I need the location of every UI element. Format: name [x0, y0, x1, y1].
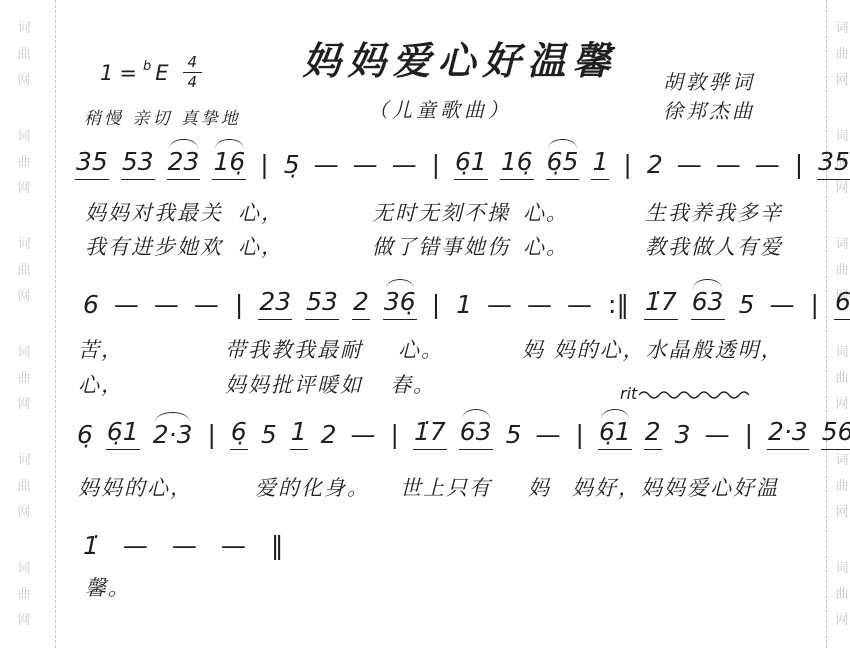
- lyric-segment: 心。: [523, 231, 569, 261]
- note-group: 5: [738, 291, 756, 320]
- barline: |: [430, 291, 442, 320]
- lyric-segment: 生我养我多辛: [645, 197, 783, 227]
- song-subtitle: （儿童歌曲）: [368, 94, 512, 123]
- note-group: 16̣: [500, 148, 534, 180]
- barline: |: [233, 291, 245, 320]
- music-line: 6̣6̣12·3|6̣512—|1̇7635—|6̣123—|2·356765|: [76, 418, 850, 450]
- note-group: 3: [674, 421, 692, 450]
- music-line: 35532316̣|5̣———|6̣116̣6̣51|2———|35561̇76…: [75, 148, 850, 180]
- watermark-char: 网: [17, 398, 30, 411]
- lyric-segment: 世上只有: [400, 472, 492, 502]
- note-group: 5: [505, 421, 523, 450]
- key-tonic: 1: [100, 61, 113, 85]
- note-group: 2: [646, 151, 664, 180]
- watermark-char: 曲: [17, 156, 30, 169]
- note-group: 1̇: [82, 532, 100, 561]
- dash-note: —: [153, 291, 180, 320]
- dash-note: —: [193, 291, 220, 320]
- note-group: 6̣5: [546, 148, 580, 180]
- note-group: 6̣1: [106, 418, 140, 450]
- barline: ‖: [269, 532, 286, 561]
- note-group: 53: [305, 288, 339, 320]
- dash-note: —: [313, 151, 340, 180]
- note-group: 6: [82, 291, 100, 320]
- key-note: E: [155, 61, 168, 85]
- note-group: 6̣1: [598, 418, 632, 450]
- dash-note: —: [113, 291, 140, 320]
- lyric-row: 我有进步她欢心，做了错事她伤心。教我做人有爱: [0, 231, 850, 261]
- note-group: 5: [260, 421, 278, 450]
- lyric-segment: 心，: [238, 231, 284, 261]
- rit-label: rit: [620, 384, 637, 403]
- note-group: 6̣: [76, 421, 94, 450]
- key-signature: 1=bE 4 4: [100, 55, 202, 90]
- note-group: 1̇7: [644, 288, 678, 320]
- note-group: 1: [290, 418, 308, 450]
- note-group: 35: [817, 148, 850, 180]
- dash-note: —: [352, 151, 379, 180]
- watermark-group: 词曲网: [17, 22, 30, 87]
- note-group: 2: [644, 418, 662, 450]
- lyric-segment: 我有进步她欢: [85, 231, 223, 261]
- barline: |: [621, 151, 633, 180]
- watermark-char: 词: [835, 22, 848, 35]
- watermark-char: 曲: [17, 264, 30, 277]
- credits-block: 胡敦骅词 徐邦杰曲: [663, 68, 755, 126]
- note-group: 5̣: [283, 151, 301, 180]
- watermark-char: 网: [835, 614, 848, 627]
- watermark-char: 网: [835, 182, 848, 195]
- note-group: 63: [459, 418, 493, 450]
- watermark-char: 网: [835, 506, 848, 519]
- watermark-char: 网: [17, 290, 30, 303]
- watermark-char: 词: [835, 454, 848, 467]
- lyric-segment: 心。: [523, 197, 569, 227]
- barline: :‖: [606, 291, 631, 320]
- lyric-segment: 心。: [398, 334, 444, 364]
- sheet-music-page: 词曲网词曲网词曲网词曲网词曲网词曲网 词曲网词曲网词曲网词曲网词曲网词曲网 1=…: [0, 0, 850, 648]
- dash-note: —: [486, 291, 513, 320]
- note-group: 2·3: [152, 421, 194, 450]
- page-title: 妈妈爱心好温馨: [290, 30, 630, 85]
- lyric-row: 馨。: [0, 572, 850, 602]
- lyric-segment: 春。: [390, 369, 436, 399]
- note-group: 23: [167, 148, 201, 180]
- note-group: 1: [455, 291, 473, 320]
- dash-note: —: [704, 421, 731, 450]
- rit-marking: rit: [620, 384, 749, 403]
- watermark-char: 网: [17, 614, 30, 627]
- note-group: 56: [821, 418, 850, 450]
- note-group: 65: [834, 288, 850, 320]
- note-group: 1: [591, 148, 609, 180]
- watermark-char: 词: [17, 22, 30, 35]
- credit-composer: 徐邦杰曲: [663, 97, 755, 126]
- watermark-group: 词曲网: [17, 130, 30, 195]
- barline: |: [389, 421, 401, 450]
- note-group: 23: [258, 288, 292, 320]
- watermark-char: 词: [17, 454, 30, 467]
- rit-wavy-line: [639, 389, 749, 399]
- lyric-segment: 苦，: [78, 334, 124, 364]
- left-dashed-rule: [55, 0, 56, 648]
- tempo-marking: 稍慢 亲切 真挚地: [84, 104, 241, 129]
- dash-note: —: [715, 151, 742, 180]
- watermark-char: 网: [835, 398, 848, 411]
- dash-note: —: [526, 291, 553, 320]
- lyric-segment: 馨。: [85, 572, 131, 602]
- watermark-column-left: 词曲网词曲网词曲网词曲网词曲网词曲网: [14, 0, 34, 648]
- watermark-column-right: 词曲网词曲网词曲网词曲网词曲网词曲网: [832, 0, 850, 648]
- note-group: 2·3: [767, 418, 809, 450]
- watermark-char: 曲: [835, 48, 848, 61]
- music-line: 6———|2353236̣|1———:‖1̇7635—|65123—|: [82, 288, 850, 320]
- note-group: 1̇7: [413, 418, 447, 450]
- dash-note: —: [122, 532, 149, 561]
- key-equals: =: [119, 61, 137, 85]
- barline: |: [793, 151, 805, 180]
- lyric-row: 妈妈的心，爱的化身。世上只有妈妈好，妈妈爱心好温: [0, 472, 850, 502]
- barline: |: [574, 421, 586, 450]
- lyric-row: 苦，带我教我最耐心。妈 妈的心，水晶般透明，: [0, 334, 850, 364]
- note-group: 63: [691, 288, 725, 320]
- meter-denominator: 4: [183, 72, 203, 90]
- dash-note: —: [754, 151, 781, 180]
- dash-note: —: [535, 421, 562, 450]
- dash-note: —: [220, 532, 247, 561]
- note-group: 35: [75, 148, 109, 180]
- lyric-segment: 爱的化身。: [255, 472, 370, 502]
- dash-note: —: [171, 532, 198, 561]
- barline: |: [743, 421, 755, 450]
- watermark-char: 网: [17, 182, 30, 195]
- dash-note: —: [566, 291, 593, 320]
- note-group: 2: [320, 421, 338, 450]
- flat-sign: b: [143, 59, 151, 74]
- watermark-char: 词: [835, 130, 848, 143]
- note-group: 36̣: [383, 288, 417, 320]
- note-group: 2: [352, 288, 370, 320]
- lyric-segment: 心，: [238, 197, 284, 227]
- watermark-char: 网: [17, 74, 30, 87]
- lyric-segment: 妈妈批评暖如: [225, 369, 363, 399]
- barline: |: [809, 291, 821, 320]
- right-dashed-rule: [826, 0, 827, 648]
- lyric-segment: 妈妈对我最关: [85, 197, 223, 227]
- note-group: 16̣: [212, 148, 246, 180]
- dash-note: —: [350, 421, 377, 450]
- watermark-char: 曲: [17, 48, 30, 61]
- lyric-row: 妈妈对我最关心，无时无刻不操心。生我养我多辛: [0, 197, 850, 227]
- watermark-char: 曲: [835, 264, 848, 277]
- barline: |: [258, 151, 270, 180]
- lyric-segment: 妈妈的心，: [78, 472, 193, 502]
- barline: |: [430, 151, 442, 180]
- lyric-segment: 妈好，妈妈爱心好温: [572, 472, 779, 502]
- music-line: 1̇———‖: [82, 532, 285, 561]
- barline: |: [205, 421, 217, 450]
- watermark-group: 词曲网: [835, 22, 848, 87]
- credit-lyricist: 胡敦骅词: [663, 68, 755, 97]
- note-group: 53: [121, 148, 155, 180]
- lyric-segment: 带我教我最耐: [225, 334, 363, 364]
- dash-note: —: [676, 151, 703, 180]
- note-group: 6̣: [230, 418, 248, 450]
- lyric-segment: 妈: [528, 472, 551, 502]
- meter-numerator: 4: [183, 55, 203, 72]
- lyric-segment: 无时无刻不操: [372, 197, 510, 227]
- lyric-segment: 心，: [78, 369, 124, 399]
- note-group: 6̣1: [454, 148, 488, 180]
- lyric-segment: 教我做人有爱: [645, 231, 783, 261]
- lyric-segment: 妈 妈的心，水晶般透明，: [522, 334, 784, 364]
- watermark-char: 网: [835, 74, 848, 87]
- dash-note: —: [391, 151, 418, 180]
- dash-note: —: [769, 291, 796, 320]
- watermark-char: 词: [17, 130, 30, 143]
- time-signature: 4 4: [183, 55, 203, 90]
- watermark-char: 网: [17, 506, 30, 519]
- lyric-segment: 做了错事她伤: [372, 231, 510, 261]
